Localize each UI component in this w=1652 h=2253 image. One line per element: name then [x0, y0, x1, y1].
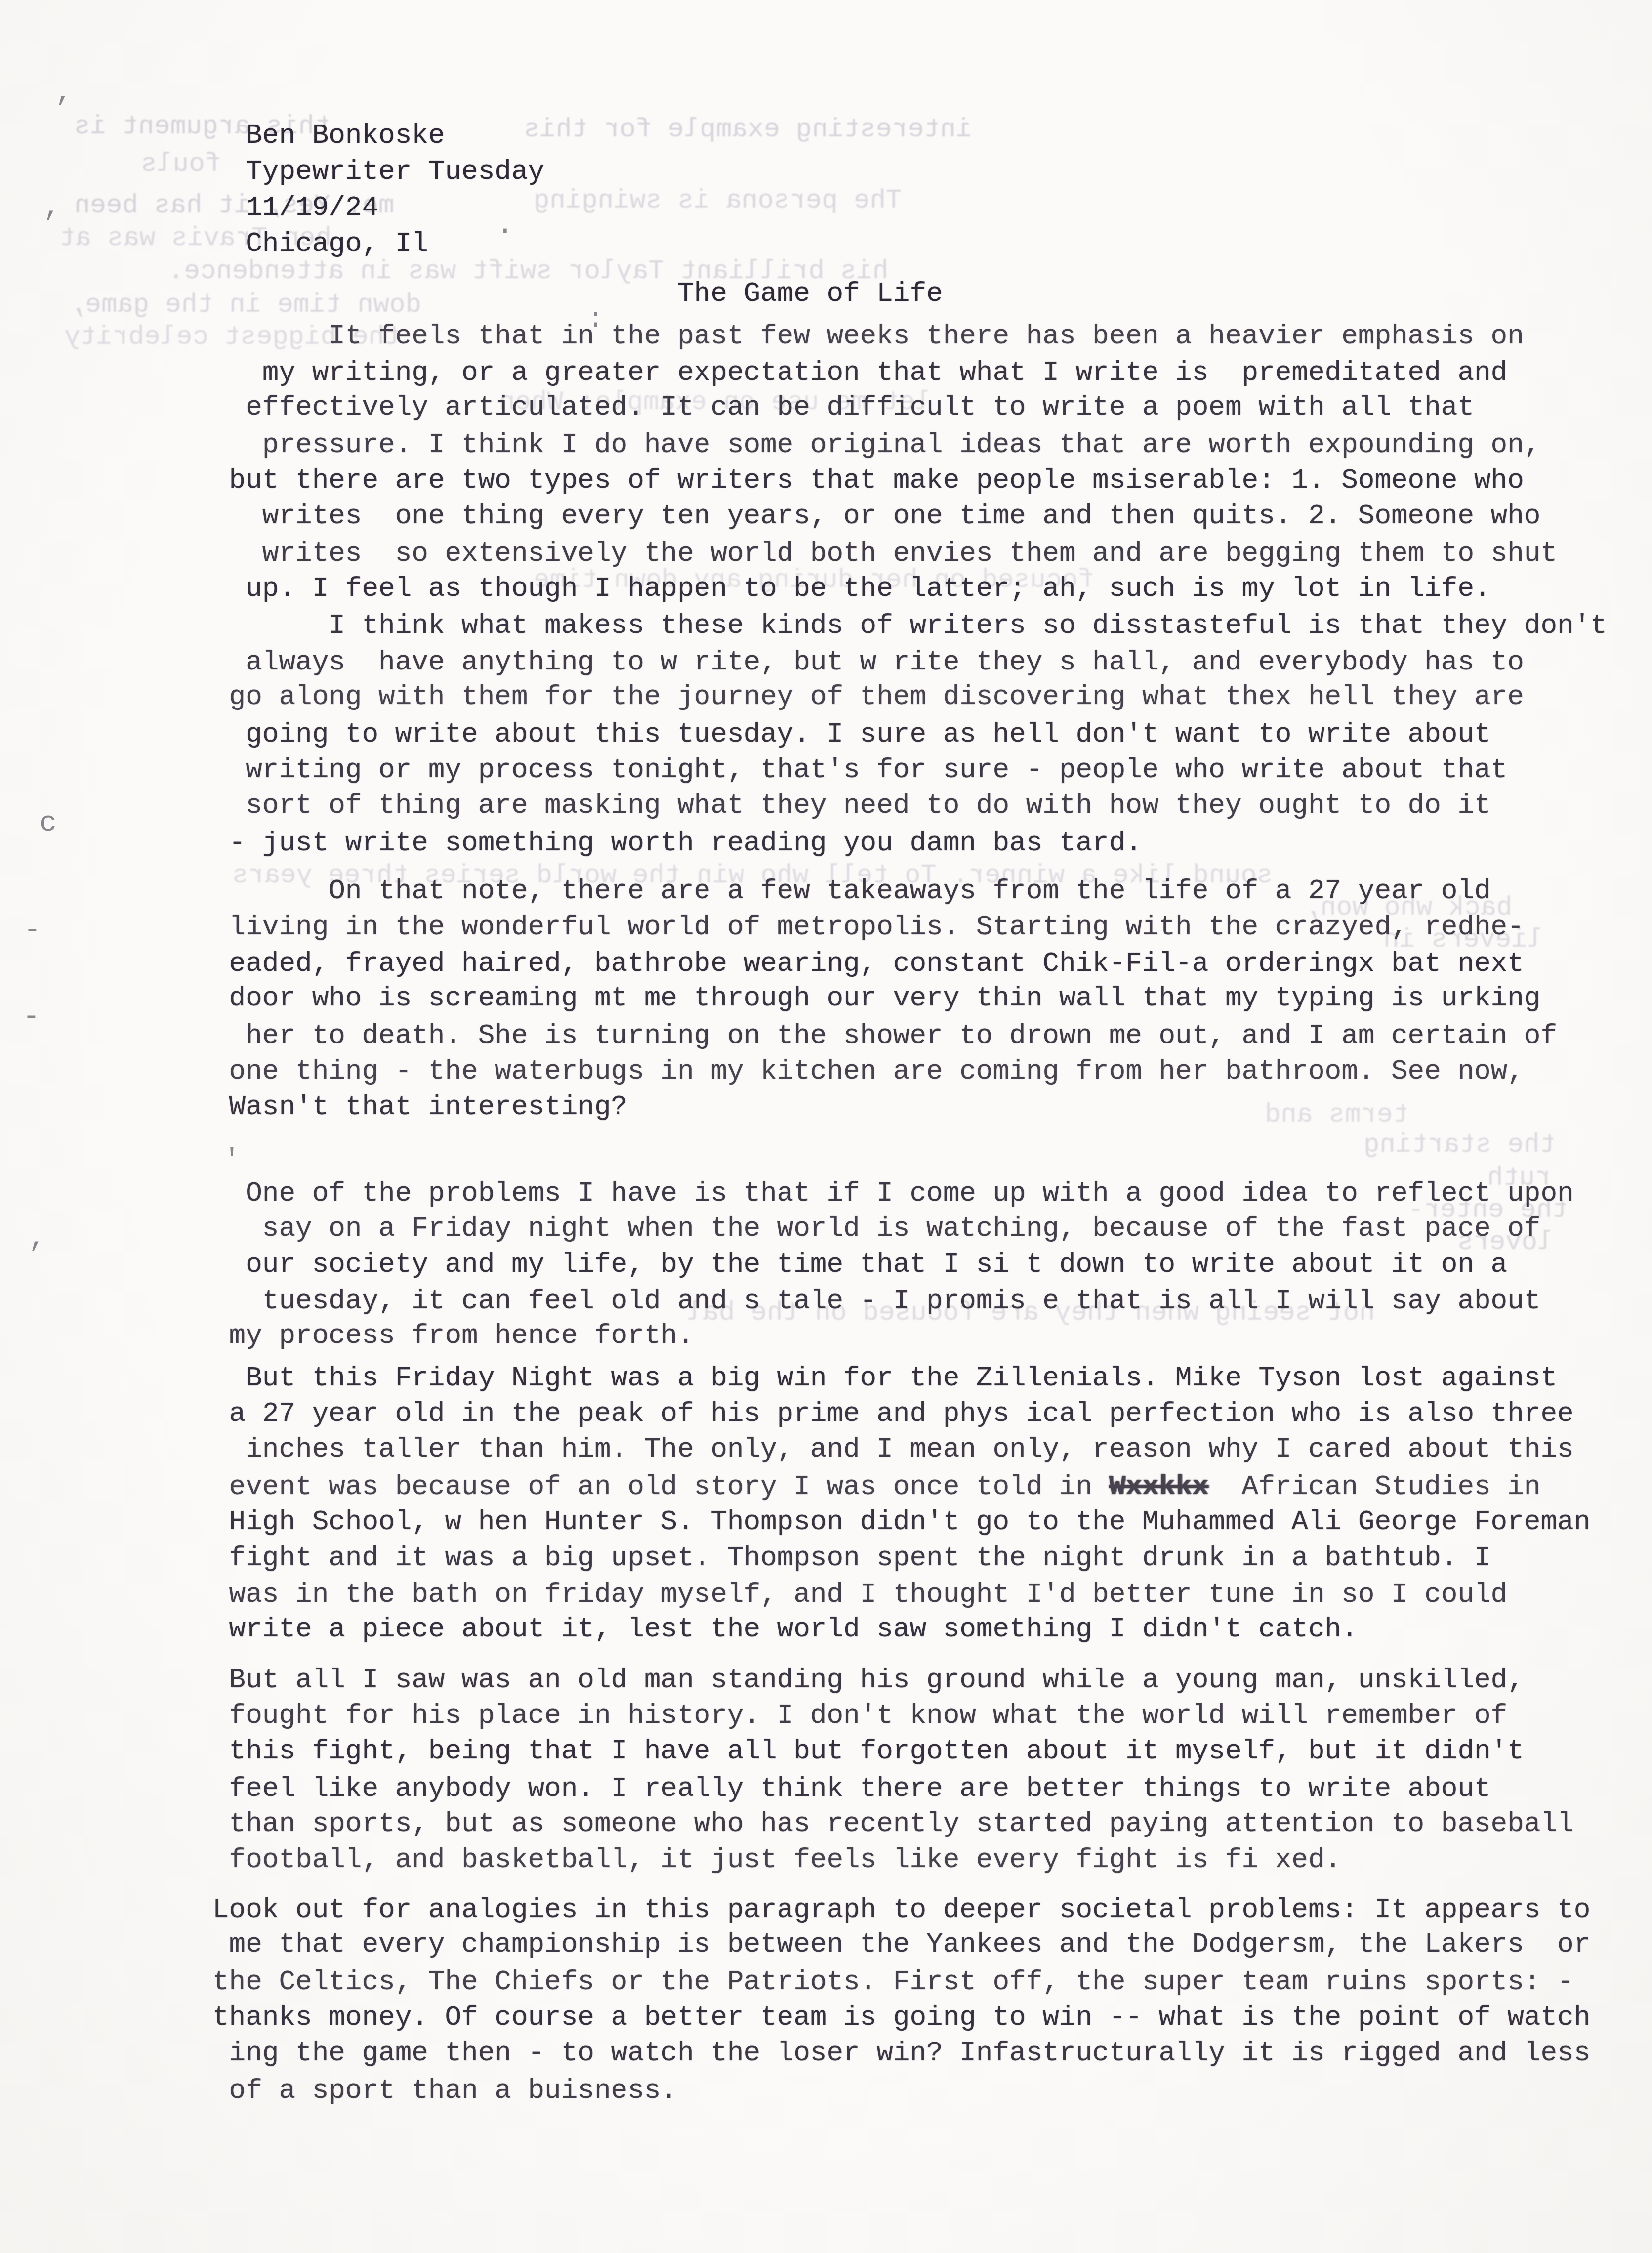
- text-line: writes so extensively the world both env…: [212, 536, 1607, 572]
- text-line: High School, w hen Hunter S. Thompson di…: [212, 1504, 1607, 1540]
- document-title: The Game of Life: [212, 276, 1607, 312]
- paragraph: But this Friday Night was a big win for …: [212, 1360, 1607, 1648]
- text-line: tuesday, it can feel old and s tale - I …: [212, 1283, 1607, 1319]
- ink-smudge: c: [40, 809, 57, 838]
- ink-smudge: :: [587, 305, 604, 334]
- text-line: fought for his place in history. I don't…: [212, 1698, 1607, 1734]
- text-line: going to write about this tuesday. I sur…: [212, 716, 1607, 752]
- paragraph: On that note, there are a few takeaways …: [212, 873, 1607, 1126]
- ink-smudge: ': [223, 1146, 241, 1175]
- typewritten-body: It feels that in the past few weeks ther…: [212, 318, 1607, 2108]
- text-line: I think what makess these kinds of write…: [212, 608, 1607, 644]
- text-line: writes one thing every ten years, or one…: [212, 498, 1607, 534]
- ink-smudge: -: [23, 1003, 40, 1032]
- text-line: always have anything to w rite, but w ri…: [212, 644, 1607, 680]
- text-line: this fight, being that I have all but fo…: [212, 1733, 1607, 1769]
- ink-smudge: -: [24, 917, 41, 945]
- text-line: football, and basketball, it just feels …: [212, 1842, 1607, 1878]
- ink-smudge: ,: [55, 79, 73, 108]
- bleedthrough-text: fouls: [141, 147, 221, 182]
- text-line: one thing - the waterbugs in my kitchen …: [212, 1053, 1607, 1089]
- text-line: feel like anybody won. I really think th…: [212, 1771, 1607, 1807]
- scanned-typewriter-page: this argument isinteresting example for …: [0, 0, 1652, 2253]
- text-line: door who is screaming mt me through our …: [212, 980, 1607, 1016]
- text-line: It feels that in the past few weeks ther…: [212, 318, 1607, 354]
- text-line: ing the game then - to watch the loser w…: [212, 2035, 1607, 2071]
- paragraph: I think what makess these kinds of write…: [212, 608, 1607, 860]
- text-line: Look out for analogies in this paragraph…: [212, 1892, 1607, 1928]
- ink-smudge: ,: [29, 1224, 46, 1253]
- text-line: Wasn't that interesting?: [212, 1089, 1607, 1125]
- text-line: up. I feel as though I happen to be the …: [212, 571, 1607, 607]
- header-series-line: Typewriter Tuesday: [212, 154, 1607, 190]
- header-author-line: Ben Bonkoske: [212, 118, 1607, 154]
- text-line: me that every championship is between th…: [212, 1926, 1607, 1962]
- text-line: my writing, or a greater expectation tha…: [212, 355, 1607, 391]
- paragraph: It feels that in the past few weeks ther…: [212, 318, 1607, 607]
- text-line: eaded, frayed haired, bathrobe wearing, …: [212, 946, 1607, 982]
- paragraph: But all I saw was an old man standing hi…: [212, 1662, 1607, 1878]
- text-line: sort of thing are masking what they need…: [212, 788, 1607, 824]
- text-line: effectively articulated. It can be diffi…: [212, 389, 1607, 425]
- text-line: write a piece about it, lest the world s…: [212, 1611, 1607, 1647]
- paragraph: Look out for analogies in this paragraph…: [212, 1891, 1607, 2108]
- ink-smudge: ,: [43, 194, 61, 222]
- header-date-line: 11/19/24: [212, 190, 1607, 226]
- text-line: say on a Friday night when the world is …: [212, 1210, 1607, 1247]
- text-line: go along with them for the journey of th…: [212, 679, 1607, 715]
- text-line: the Celtics, The Chiefs or the Patriots.…: [212, 1964, 1607, 2000]
- paragraph: One of the problems I have is that if I …: [212, 1174, 1607, 1355]
- text-line: writing or my process tonight, that's fo…: [212, 752, 1607, 788]
- text-line: thanks money. Of course a better team is…: [212, 2000, 1607, 2036]
- text-line: our society and my life, by the time tha…: [212, 1247, 1607, 1283]
- header-location-line: Chicago, Il: [212, 226, 1607, 262]
- text-line: pressure. I think I do have some origina…: [212, 427, 1607, 463]
- text-line: but there are two types of writers that …: [212, 462, 1607, 499]
- typewritten-content: Ben Bonkoske Typewriter Tuesday 11/19/24…: [212, 118, 1607, 2108]
- text-line: a 27 year old in the peak of his prime a…: [212, 1396, 1607, 1432]
- text-line: - just write something worth reading you…: [212, 825, 1607, 861]
- text-line: of a sport than a buisness.: [212, 2073, 1607, 2109]
- text-line: living in the wonderful world of metropo…: [212, 909, 1607, 945]
- ink-smudge: .: [496, 211, 514, 240]
- text-line: fight and it was a big upset. Thompson s…: [212, 1540, 1607, 1576]
- text-line: my process from hence forth.: [212, 1318, 1607, 1354]
- text-line: inches taller than him. The only, and I …: [212, 1431, 1607, 1467]
- text-line: was in the bath on friday myself, and I …: [212, 1577, 1607, 1613]
- text-line: But all I saw was an old man standing hi…: [212, 1662, 1607, 1698]
- text-line: One of the problems I have is that if I …: [212, 1175, 1607, 1211]
- text-line: than sports, but as someone who has rece…: [212, 1806, 1607, 1842]
- struck-out-word: Wxxkkx: [1109, 1471, 1209, 1502]
- document-header: Ben Bonkoske Typewriter Tuesday 11/19/24…: [212, 118, 1607, 262]
- text-line: event was because of an old story I was …: [212, 1469, 1607, 1505]
- text-line: But this Friday Night was a big win for …: [212, 1360, 1607, 1396]
- text-line: On that note, there are a few takeaways …: [212, 873, 1607, 909]
- text-line: her to death. She is turning on the show…: [212, 1018, 1607, 1054]
